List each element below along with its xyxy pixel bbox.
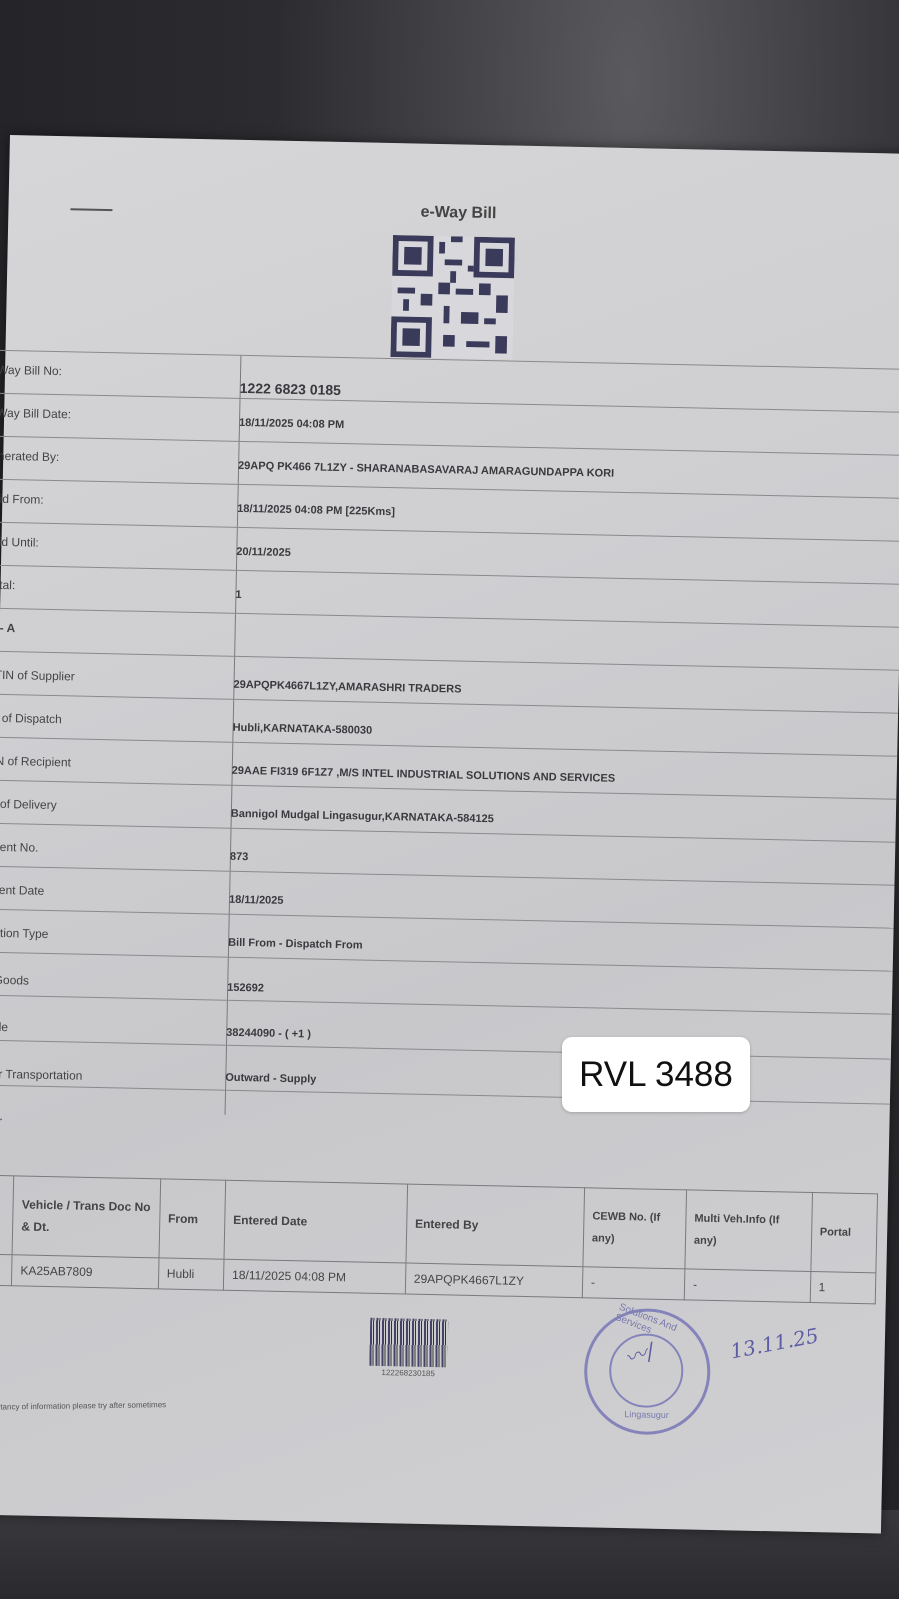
field-label: alid From: <box>0 492 44 507</box>
barcode-number: 122268230185 <box>369 1368 447 1379</box>
field-value: 1 <box>235 589 241 601</box>
field-value: 18/11/2025 <box>229 894 284 907</box>
table-header: Entered Date <box>224 1180 407 1263</box>
field-value: 38244090 - ( +1 ) <box>226 1027 311 1041</box>
field-value: 873 <box>230 851 249 863</box>
qr-code-icon <box>390 235 515 360</box>
field-value: 18/11/2025 04:08 PM [225Kms] <box>237 503 395 518</box>
field-value: 29APQ PK466 7L1ZY - SHARANABASAVARAJ AMA… <box>238 460 614 480</box>
field-label: ortal: <box>0 578 15 593</box>
table-cell: - <box>582 1267 685 1300</box>
field-value: 18/11/2025 04:08 PM <box>239 417 344 431</box>
table-header: CEWB No. (If any) <box>583 1188 687 1269</box>
vehicle-details-table: Vehicle / Trans Doc No & Dt. From Entere… <box>0 1175 878 1305</box>
field-label: -Way Bill Date: <box>0 406 71 422</box>
table-header: Vehicle / Trans Doc No & Dt. <box>12 1176 160 1258</box>
table-cell: 1 <box>810 1272 876 1304</box>
handwritten-date: 13.11.25 <box>728 1323 820 1363</box>
field-label: alid Until: <box>0 535 39 550</box>
footnote-text: ...mportancy of information please try a… <box>0 1400 166 1412</box>
field-label: Code <box>0 1020 8 1035</box>
field-label: n for Transportation <box>0 1067 83 1083</box>
document-title: e-Way Bill <box>8 195 899 232</box>
eway-bill-number: 1222 6823 0185 <box>240 380 342 398</box>
field-label: ce of Dispatch <box>0 711 62 727</box>
company-stamp-icon: Solutions And Services Lingasugur <box>583 1307 712 1436</box>
table-cell: - <box>684 1269 810 1303</box>
table-cell: 18/11/2025 04:08 PM <box>223 1259 405 1294</box>
table-cell-blank <box>0 1254 12 1286</box>
field-label: of Goods <box>0 973 29 988</box>
field-value: Outward - Supply <box>225 1072 316 1086</box>
barcode-icon <box>369 1318 448 1368</box>
field-label: ce of Delivery <box>0 797 57 813</box>
field-label: ument No. <box>0 840 39 855</box>
field-value: 20/11/2025 <box>236 546 291 559</box>
field-value: Hubli,KARNATAKA-580030 <box>233 722 373 737</box>
vehicle-label-sticker: RVL 3488 <box>562 1037 750 1112</box>
table-header: Multi Veh.Info (If any) <box>685 1190 812 1272</box>
field-label: enerated By: <box>0 449 59 464</box>
table-cell: 29APQPK4667L1ZY <box>405 1263 583 1298</box>
field-label: ument Date <box>0 883 44 898</box>
table-header: From <box>159 1179 226 1259</box>
field-value: 29APQPK4667L1ZY,AMARASHRI TRADERS <box>233 679 461 696</box>
stamp-bottom-text: Lingasugur <box>624 1409 669 1420</box>
field-label: TIN of Recipient <box>0 754 71 770</box>
field-value: Bannigol Mudgal Lingasugur,KARNATAKA-584… <box>231 808 494 826</box>
field-label: orter <box>0 1114 2 1129</box>
part-a-title: rt - A <box>0 621 15 636</box>
field-label: saction Type <box>0 926 49 941</box>
table-header: Portal <box>810 1193 877 1273</box>
field-value: Bill From - Dispatch From <box>228 937 363 952</box>
field-value: 29AAE FI319 6F1Z7 ,M/S INTEL INDUSTRIAL … <box>232 765 616 785</box>
table-cell: Hubli <box>158 1258 224 1290</box>
field-label: STIN of Supplier <box>0 668 75 684</box>
field-value: 152692 <box>227 982 264 995</box>
table-header: Entered By <box>406 1184 585 1267</box>
field-label: -Way Bill No: <box>0 363 62 378</box>
table-cell: KA25AB7809 <box>12 1255 159 1289</box>
eway-bill-document: e-Way Bill -Way Bill No: 1222 6823 0185 … <box>0 135 899 1534</box>
